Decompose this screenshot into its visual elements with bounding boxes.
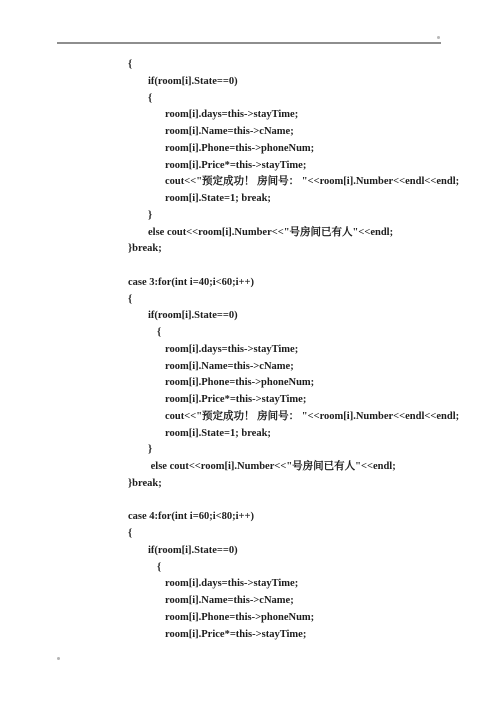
code-line: room[i].Name=this->cName; <box>128 593 459 610</box>
code-line: room[i].Price*=this->stayTime; <box>128 158 459 175</box>
code-line: { <box>128 292 459 309</box>
code-line: room[i].Price*=this->stayTime; <box>128 392 459 409</box>
code-line: { <box>128 560 459 577</box>
code-line: room[i].Name=this->cName; <box>128 359 459 376</box>
code-line: case 4:for(int i=60;i<80;i++) <box>128 509 459 526</box>
code-line: room[i].Phone=this->phoneNum; <box>128 141 459 158</box>
code-line: cout<<"预定成功！ 房间号： "<<room[i].Number<<end… <box>128 174 459 191</box>
code-line: } <box>128 442 459 459</box>
code-line: { <box>128 526 459 543</box>
code-line: { <box>128 57 459 74</box>
code-line: } <box>128 208 459 225</box>
code-line: room[i].Price*=this->stayTime; <box>128 627 459 644</box>
document-page: { if(room[i].State==0) { room[i].days=th… <box>0 0 500 708</box>
code-line-blank <box>128 258 459 275</box>
code-line: room[i].State=1; break; <box>128 191 459 208</box>
code-line: case 3:for(int i=40;i<60;i++) <box>128 275 459 292</box>
scan-artifact-dot-bottom-left <box>57 657 60 660</box>
code-block: { if(room[i].State==0) { room[i].days=th… <box>128 57 459 643</box>
code-line: room[i].days=this->stayTime; <box>128 576 459 593</box>
code-line: if(room[i].State==0) <box>128 308 459 325</box>
code-line: room[i].Phone=this->phoneNum; <box>128 610 459 627</box>
code-line: cout<<"预定成功！ 房间号： "<<room[i].Number<<end… <box>128 409 459 426</box>
scan-artifact-dot-top-right <box>437 36 440 39</box>
code-line: { <box>128 325 459 342</box>
code-line: room[i].State=1; break; <box>128 426 459 443</box>
code-line: }break; <box>128 241 459 258</box>
header-rule <box>57 42 441 44</box>
code-line: else cout<<room[i].Number<<"号房间已有人"<<end… <box>128 225 459 242</box>
code-line: room[i].days=this->stayTime; <box>128 342 459 359</box>
code-line: if(room[i].State==0) <box>128 74 459 91</box>
code-line: room[i].Name=this->cName; <box>128 124 459 141</box>
code-line: }break; <box>128 476 459 493</box>
code-line: else cout<<room[i].Number<<"号房间已有人"<<end… <box>128 459 459 476</box>
code-line: if(room[i].State==0) <box>128 543 459 560</box>
code-line: room[i].Phone=this->phoneNum; <box>128 375 459 392</box>
code-line-blank <box>128 493 459 510</box>
code-line: room[i].days=this->stayTime; <box>128 107 459 124</box>
code-line: { <box>128 91 459 108</box>
